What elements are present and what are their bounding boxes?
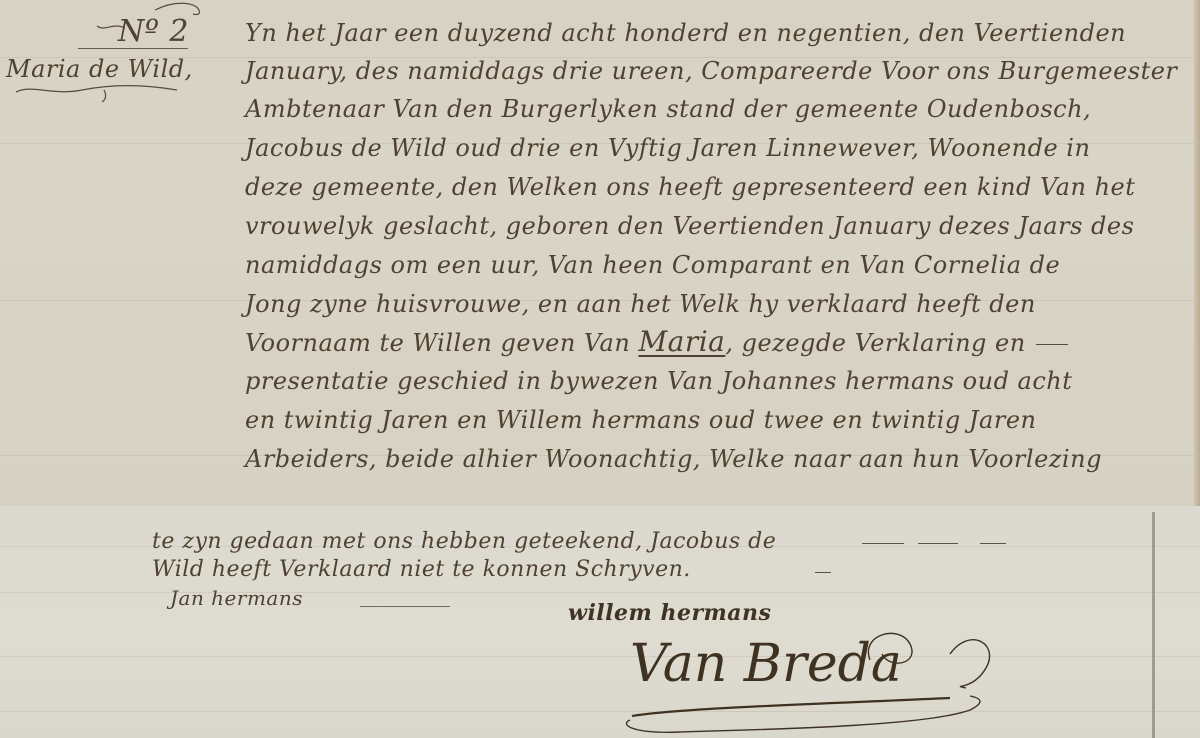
flourish-icon [95, 2, 205, 32]
signature-witness-1: Jan hermans [170, 586, 303, 610]
column-rule [1152, 512, 1155, 738]
register-page-top: Nº 2 Maria de Wild, Yn het Jaar een duyz… [0, 0, 1200, 506]
line-filler-dash [980, 543, 1006, 544]
record-line: Jong zyne huisvrouwe, en aan het Welk hy… [245, 289, 1036, 319]
record-line: Voornaam te Willen geven Van Maria, geze… [245, 327, 1068, 358]
signature-witness-2: willem hermans [568, 600, 771, 626]
line-filler-dash [815, 572, 831, 573]
record-line: presentatie geschied in bywezen Van Joha… [245, 366, 1072, 396]
continuation-line: te zyn gedaan met ons hebben geteekend, … [152, 528, 776, 556]
record-line: vrouwelyk geslacht, geboren den Veertien… [245, 211, 1134, 241]
signature-official: Van Breda [630, 634, 902, 694]
line-filler-dash [862, 543, 904, 544]
paper-ruling [0, 656, 1200, 657]
signature-rule [360, 606, 450, 607]
record-line: Yn het Jaar een duyzend acht honderd en … [245, 18, 1126, 48]
record-line: namiddags om een uur, Van heen Comparant… [245, 250, 1060, 280]
record-line: deze gemeente, den Welken ons heeft gepr… [245, 172, 1135, 202]
line-filler-dash [918, 543, 958, 544]
record-line: January, des namiddags drie ureen, Compa… [245, 56, 1177, 86]
paper-ruling [0, 711, 1200, 712]
record-line: Arbeiders, beide alhier Woonachtig, Welk… [245, 444, 1102, 474]
margin-rule [78, 48, 188, 49]
page-binding-edge [1194, 0, 1200, 506]
given-name: Maria [638, 325, 725, 358]
record-line: Jacobus de Wild oud drie en Vyftig Jaren… [245, 133, 1090, 163]
record-line-text: Voornaam te Willen geven Van [245, 329, 630, 357]
flourish-icon [12, 82, 182, 104]
record-line: Ambtenaar Van den Burgerlyken stand der … [245, 94, 1091, 124]
record-line: en twintig Jaren en Willem hermans oud t… [245, 405, 1036, 435]
margin-child-name: Maria de Wild, [6, 55, 193, 83]
line-filler-dash [1036, 344, 1068, 345]
register-page-bottom: te zyn gedaan met ons hebben geteekend, … [0, 506, 1200, 738]
continuation-line: Wild heeft Verklaard niet te konnen Schr… [152, 556, 691, 584]
record-line-text: , gezegde Verklaring en [725, 329, 1025, 357]
